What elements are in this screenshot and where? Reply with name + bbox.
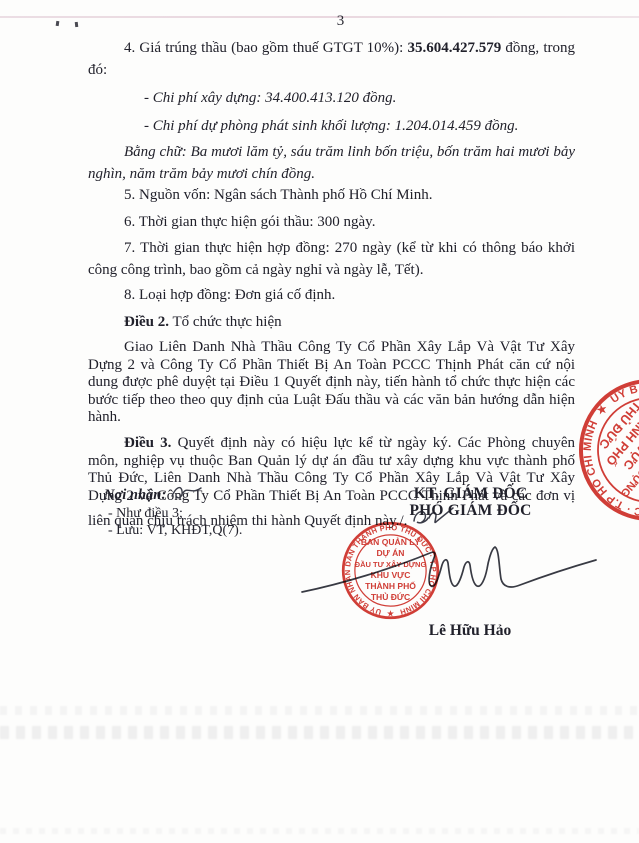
recipients-block: Nơi nhận: - Như điều 3; - Lưu: VT, KHĐT,…: [104, 483, 242, 540]
signer-name: Lê Hữu Hảo: [370, 622, 570, 640]
page-number: 3: [0, 13, 639, 30]
cost-contingency: - Chi phí dự phòng phát sinh khối lượng:…: [88, 116, 575, 137]
scan-noise-band: [0, 706, 639, 715]
scan-noise-band: [0, 828, 639, 834]
article-3-label: Điều 3.: [124, 435, 171, 451]
article-2-heading: Điều 2. Tổ chức thực hiện: [88, 312, 575, 334]
scanned-document-page: { "page": { "number": "3" }, "doc": { "i…: [0, 0, 639, 843]
item-4-text: 4. Giá trúng thầu (bao gồm thuế GTGT 10%…: [124, 40, 407, 56]
recipient-line-1: - Như điều 3;: [108, 505, 242, 523]
scan-noise-band: [0, 726, 639, 739]
article-2-label: Điều 2.: [124, 314, 169, 330]
article-2-body: Giao Liên Danh Nhà Thầu Công Ty Cổ Phần …: [88, 339, 575, 427]
handwritten-mark: [169, 483, 203, 503]
item-7-contract-duration: 7. Thời gian thực hiện hợp đồng: 270 ngà…: [88, 238, 575, 281]
item-4-amount: 35.604.427.579: [407, 40, 501, 56]
cost-construction: - Chi phí xây dựng: 34.400.413.120 đồng.: [88, 88, 575, 109]
amount-in-words: Bằng chữ: Ba mươi lăm tỷ, sáu trăm linh …: [88, 141, 575, 185]
item-6-package-duration: 6. Thời gian thực hiện gói thầu: 300 ngà…: [88, 212, 575, 234]
item-5-funding-source: 5. Nguồn vốn: Ngân sách Thành phố Hồ Chí…: [88, 185, 575, 207]
article-2-title: Tổ chức thực hiện: [169, 314, 282, 330]
document-body: 4. Giá trúng thầu (bao gồm thuế GTGT 10%…: [88, 38, 575, 531]
handwritten-signature: [296, 538, 602, 608]
item-4-winning-bid-price: 4. Giá trúng thầu (bao gồm thuế GTGT 10%…: [88, 38, 575, 81]
recipient-line-2: - Lưu: VT, KHĐT,Q(7).: [108, 522, 242, 540]
item-8-contract-type: 8. Loại hợp đồng: Đơn giá cố định.: [88, 285, 575, 307]
recipients-label: Nơi nhận:: [104, 487, 166, 503]
